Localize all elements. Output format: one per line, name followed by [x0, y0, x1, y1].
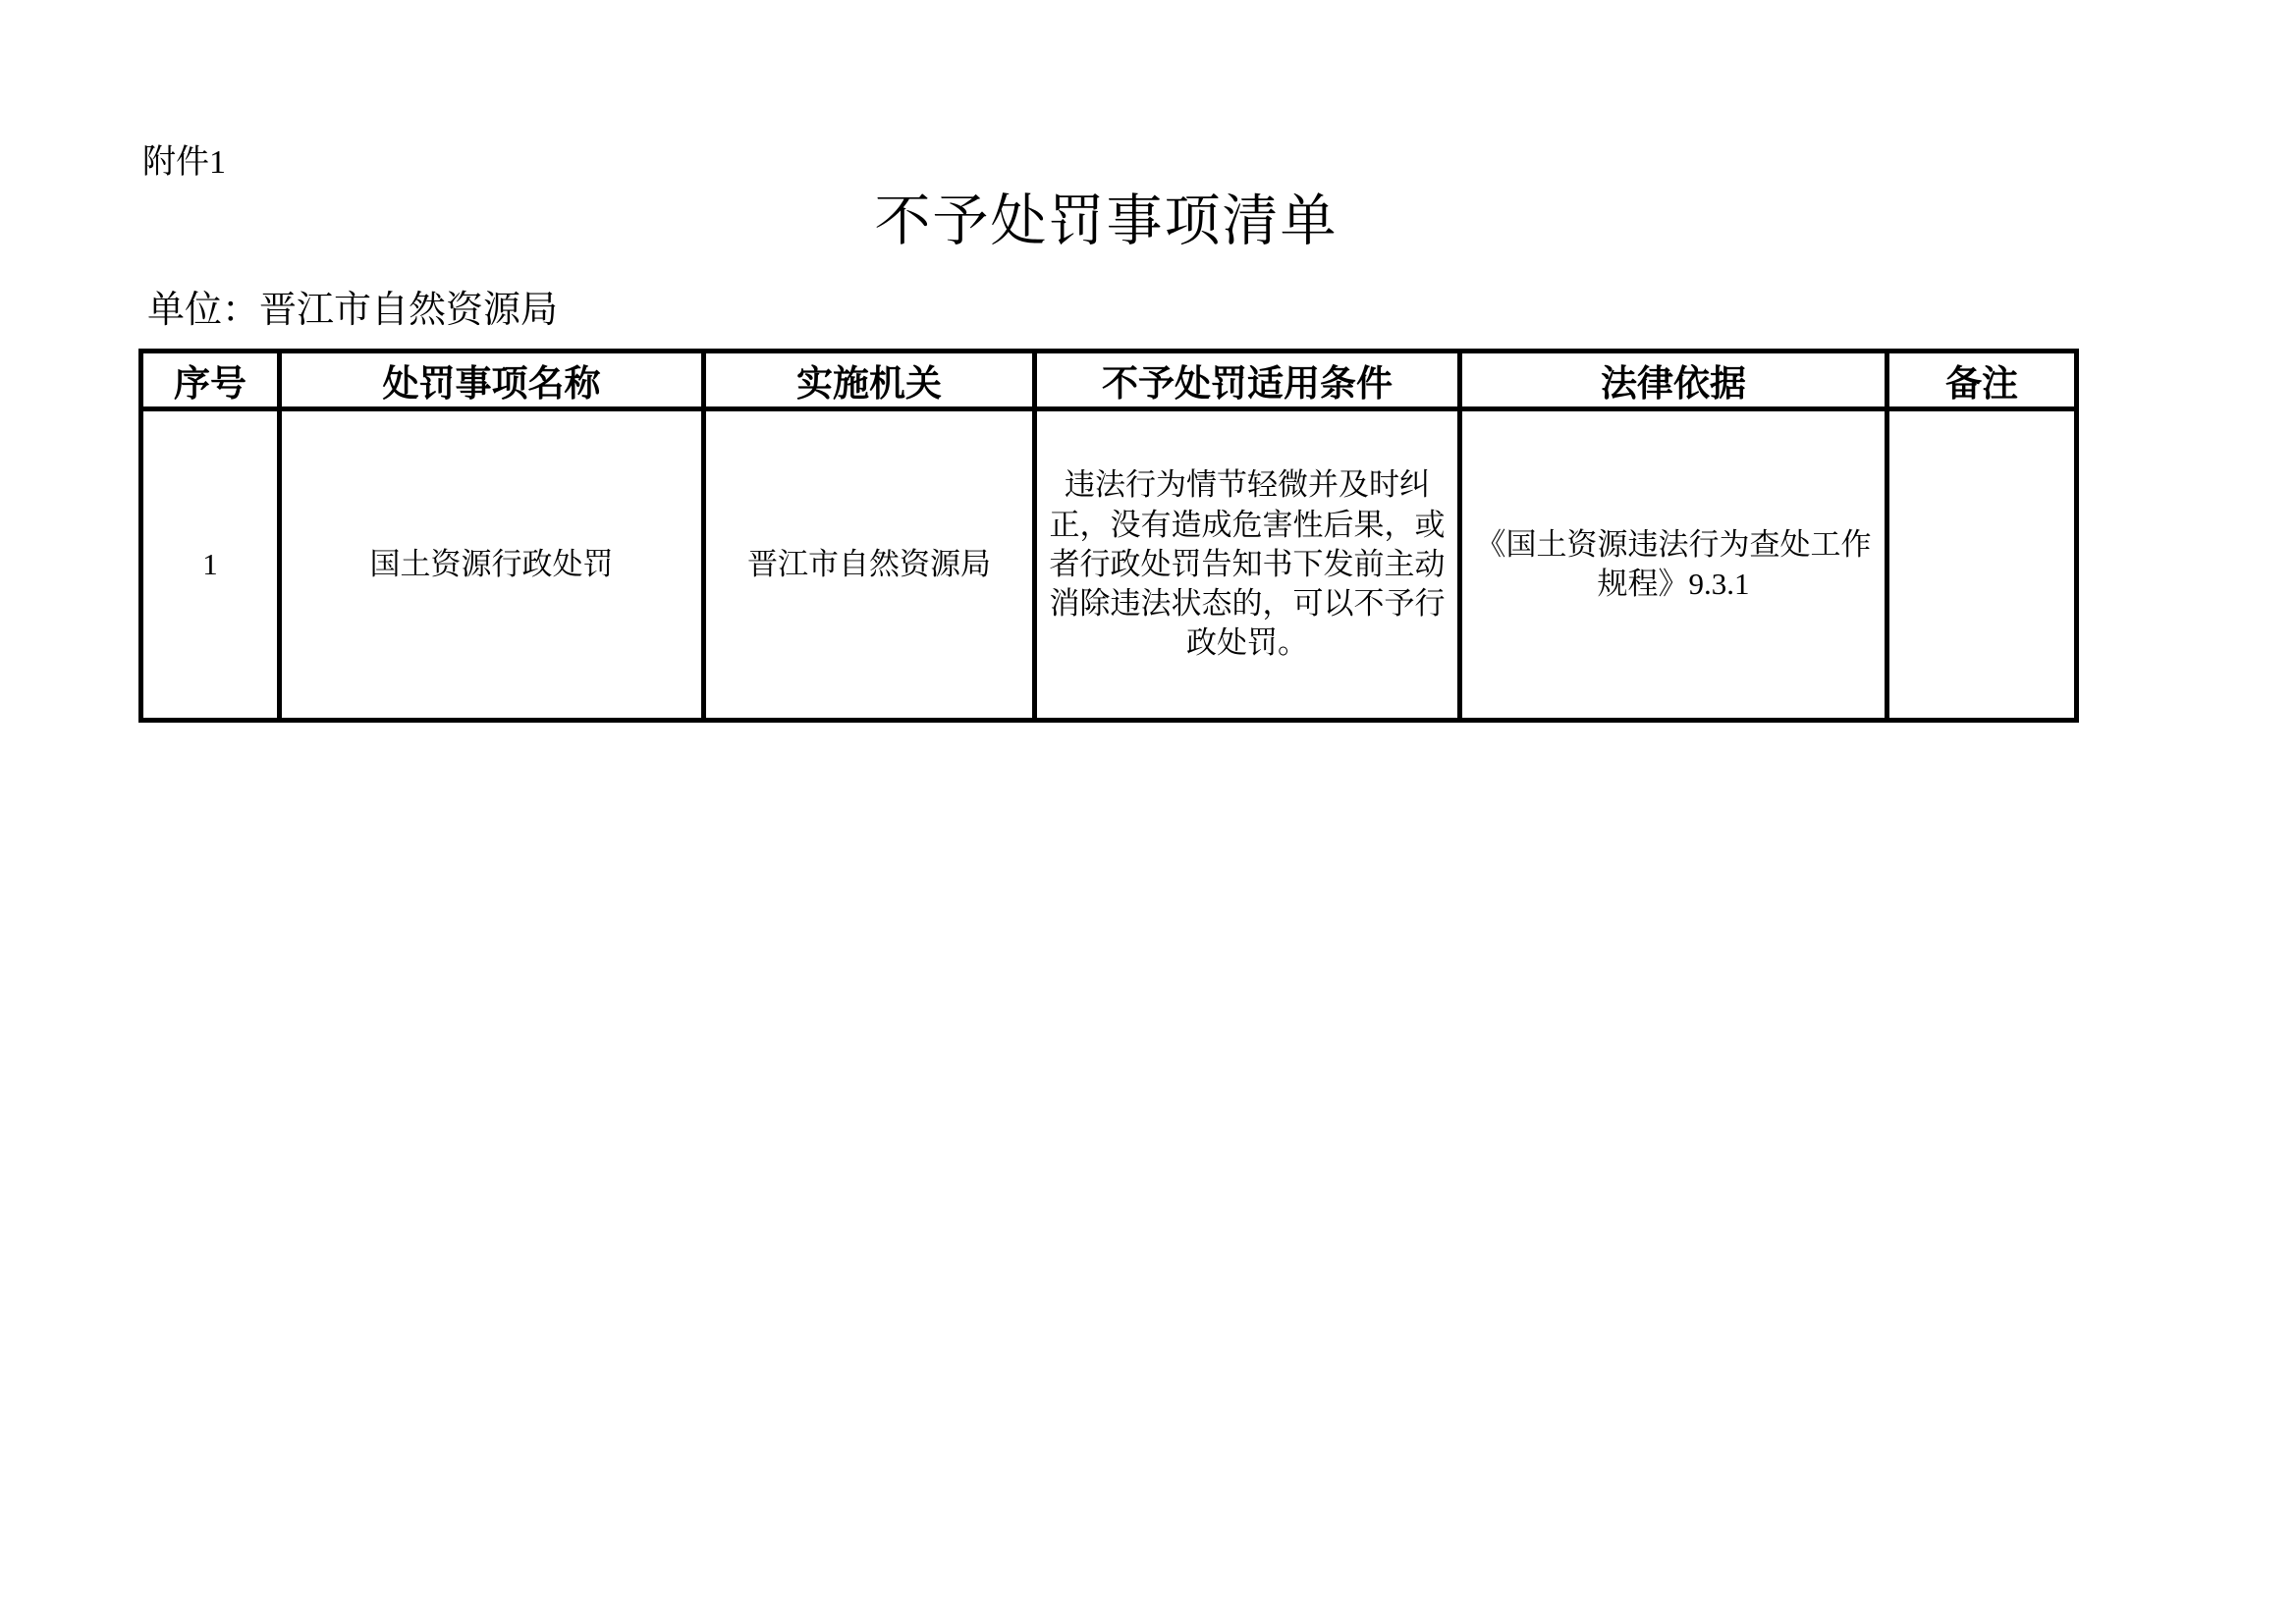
col-header-agency: 实施机关 — [704, 352, 1035, 409]
cell-index: 1 — [141, 409, 280, 721]
col-header-index: 序号 — [141, 352, 280, 409]
cell-item-name: 国土资源行政处罚 — [280, 409, 704, 721]
col-header-remarks: 备注 — [1887, 352, 2077, 409]
attachment-label: 附件1 — [142, 143, 226, 184]
document-page: { "page": { "attachment_label": "附件1", "… — [0, 0, 2296, 1624]
page-title: 不予处罚事项清单 — [138, 187, 2074, 256]
cell-legal-basis: 《国土资源违法行为查处工作规程》9.3.1 — [1460, 409, 1887, 721]
col-header-item-name: 处罚事项名称 — [280, 352, 704, 409]
col-header-legal-basis: 法律依据 — [1460, 352, 1887, 409]
punishment-table: 序号 处罚事项名称 实施机关 不予处罚适用条件 法律依据 备注 1 国土资源行政… — [138, 349, 2079, 723]
cell-conditions: 违法行为情节轻微并及时纠正，没有造成危害性后果，或者行政处罚告知书下发前主动消除… — [1035, 409, 1460, 721]
cell-agency: 晋江市自然资源局 — [704, 409, 1035, 721]
table-row: 1 国土资源行政处罚 晋江市自然资源局 违法行为情节轻微并及时纠正，没有造成危害… — [141, 409, 2077, 721]
unit-label: 单位：晋江市自然资源局 — [147, 289, 558, 334]
table-header-row: 序号 处罚事项名称 实施机关 不予处罚适用条件 法律依据 备注 — [141, 352, 2077, 409]
cell-remarks — [1887, 409, 2077, 721]
col-header-conditions: 不予处罚适用条件 — [1035, 352, 1460, 409]
